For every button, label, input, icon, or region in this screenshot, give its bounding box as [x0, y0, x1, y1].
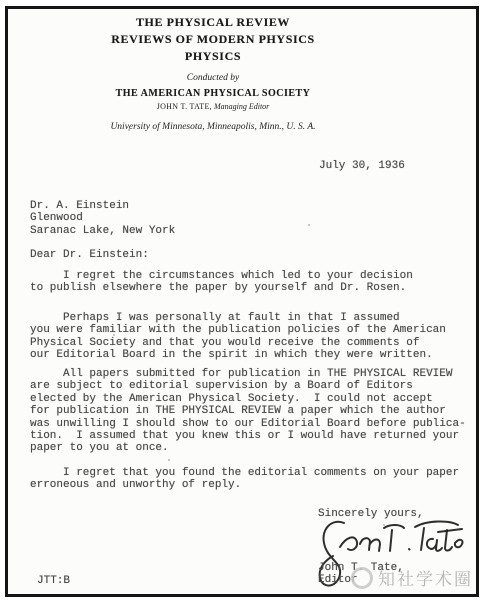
signature-middle-t [384, 525, 404, 551]
scanned-letter-page: { "colors": { "paper": "#fcfcfa", "frame… [0, 0, 484, 606]
recipient-address: Dr. A. Einstein Glenwood Saranac Lake, N… [30, 200, 175, 237]
signature-a [427, 539, 442, 551]
reference-initials: JTT:B [37, 575, 70, 587]
signature-o [340, 537, 357, 550]
letter-frame-border: THE PHYSICAL REVIEW REVIEWS OF MODERN PH… [5, 6, 479, 597]
conducted-by-line: Conducted by [8, 72, 418, 84]
watermark-text: 知社学术圈 [378, 565, 473, 590]
society-name: THE AMERICAN PHYSICAL SOCIETY [8, 87, 418, 100]
letter-body: THE PHYSICAL REVIEW REVIEWS OF MODERN PH… [8, 9, 476, 594]
signature-t2 [445, 530, 452, 551]
managing-editor-line: JOHN T. TATE, Managing Editor [8, 102, 418, 112]
journal-title-physics: PHYSICS [8, 48, 418, 65]
paragraph: All papers submitted for publication in … [30, 368, 466, 455]
letterhead: THE PHYSICAL REVIEW REVIEWS OF MODERN PH… [8, 14, 418, 133]
signature-tate-stem [421, 528, 424, 550]
journal-title-physical-review: THE PHYSICAL REVIEW [8, 14, 418, 31]
signature-e [455, 540, 463, 547]
managing-editor-name: JOHN T. TATE, [157, 102, 212, 111]
journal-title-reviews-modern-physics: REVIEWS OF MODERN PHYSICS [8, 31, 418, 48]
salutation: Dear Dr. Einstein: [30, 249, 149, 261]
paragraph: Perhaps I was personally at fault in tha… [30, 312, 446, 362]
watermark-logo-icon [351, 567, 373, 589]
signature-period [409, 549, 410, 550]
managing-editor-title: Managing Editor [212, 102, 269, 111]
paragraph: I regret the circumstances which led to … [30, 270, 413, 295]
university-address: University of Minnesota, Minneapolis, Mi… [8, 121, 418, 133]
paragraph: I regret that you found the editorial co… [30, 467, 459, 492]
watermark-zhishe: 知社学术圈 [351, 565, 473, 590]
signature-hn [360, 538, 380, 551]
date-line: July 30, 1936 [319, 160, 405, 172]
signature-tate-swash [415, 521, 458, 527]
signature-crossbar [438, 529, 462, 532]
